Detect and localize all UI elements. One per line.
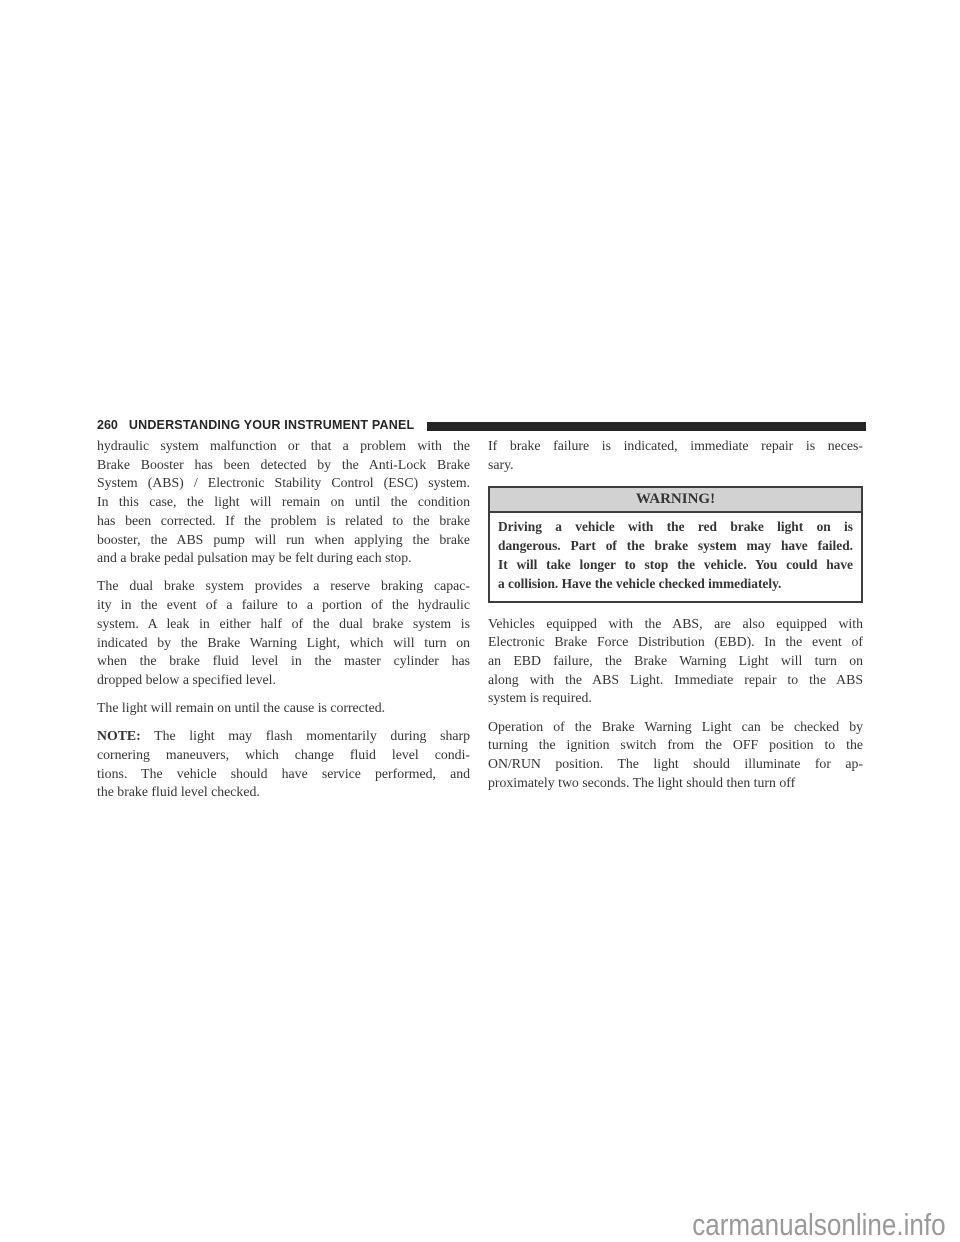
text-line: In this case, the light will remain on u… [97, 493, 470, 512]
paragraph: If brake failure is indicated, immediate… [488, 437, 863, 474]
right-column-bottom: Vehicles equipped with the ABS, are also… [488, 615, 863, 793]
page-number: 260 [97, 418, 118, 433]
text-line: System (ABS) / Electronic Stability Cont… [97, 474, 470, 493]
text-line: Vehicles equipped with the ABS, are also… [488, 615, 863, 634]
text-line: hydraulic system malfunction or that a p… [97, 437, 470, 456]
page-title: UNDERSTANDING YOUR INSTRUMENT PANEL [129, 418, 414, 433]
text-line: It will take longer to stop the vehicle.… [498, 556, 853, 575]
text-line: The light will remain on until the cause… [97, 699, 470, 718]
text-line: If brake failure is indicated, immediate… [488, 437, 863, 456]
header-rule [427, 422, 866, 431]
paragraph: The dual brake system provides a reserve… [97, 577, 470, 689]
text-line: tions. The vehicle should have service p… [97, 765, 470, 784]
text-line: system is required. [488, 689, 863, 708]
text-line: ity in the event of a failure to a porti… [97, 596, 470, 615]
text-line: dangerous. Part of the brake system may … [498, 537, 853, 556]
text-line: Driving a vehicle with the red brake lig… [498, 518, 853, 537]
paragraph: Driving a vehicle with the red brake lig… [498, 518, 853, 593]
manual-page: 260 UNDERSTANDING YOUR INSTRUMENT PANEL … [0, 0, 960, 1242]
text-line: the brake fluid level checked. [97, 783, 470, 802]
text-line: along with the ABS Light. Immediate repa… [488, 671, 863, 690]
text-line: cornering maneuvers, which change fluid … [97, 746, 470, 765]
watermark: carmanualsonline.info [693, 1208, 946, 1242]
page-header: 260 UNDERSTANDING YOUR INSTRUMENT PANEL [97, 418, 866, 433]
text-line: The dual brake system provides a reserve… [97, 577, 470, 596]
text-line: booster, the ABS pump will run when appl… [97, 531, 470, 550]
warning-body: Driving a vehicle with the red brake lig… [490, 513, 861, 600]
text-line: Electronic Brake Force Distribution (EBD… [488, 633, 863, 652]
text-line: turning the ignition switch from the OFF… [488, 736, 863, 755]
warning-title: WARNING! [490, 488, 861, 513]
paragraph: NOTE: The light may flash momentarily du… [97, 727, 470, 802]
right-column-top: If brake failure is indicated, immediate… [488, 437, 863, 474]
right-column: If brake failure is indicated, immediate… [488, 437, 863, 802]
left-column: hydraulic system malfunction or that a p… [97, 437, 470, 802]
text-line: NOTE: The light may flash momentarily du… [97, 727, 470, 746]
text-line: sary. [488, 456, 863, 475]
text-line: indicated by the Brake Warning Light, wh… [97, 634, 470, 653]
text-line: system. A leak in either half of the dua… [97, 615, 470, 634]
text-line: ON/RUN position. The light should illumi… [488, 755, 863, 774]
paragraph: Vehicles equipped with the ABS, are also… [488, 615, 863, 709]
text-line: has been corrected. If the problem is re… [97, 512, 470, 531]
text-line: dropped below a specified level. [97, 671, 470, 690]
paragraph: The light will remain on until the cause… [97, 699, 470, 718]
paragraph: Operation of the Brake Warning Light can… [488, 718, 863, 793]
text-line: Brake Booster has been detected by the A… [97, 456, 470, 475]
paragraph: hydraulic system malfunction or that a p… [97, 437, 470, 568]
text-line: a collision. Have the vehicle checked im… [498, 575, 853, 594]
warning-box: WARNING! Driving a vehicle with the red … [488, 486, 863, 602]
two-column-body: hydraulic system malfunction or that a p… [97, 437, 863, 802]
text-line: proximately two seconds. The light shoul… [488, 774, 863, 793]
text-line: an EBD failure, the Brake Warning Light … [488, 652, 863, 671]
text-line: and a brake pedal pulsation may be felt … [97, 549, 470, 568]
text-line: Operation of the Brake Warning Light can… [488, 718, 863, 737]
text-line: when the brake fluid level in the master… [97, 652, 470, 671]
